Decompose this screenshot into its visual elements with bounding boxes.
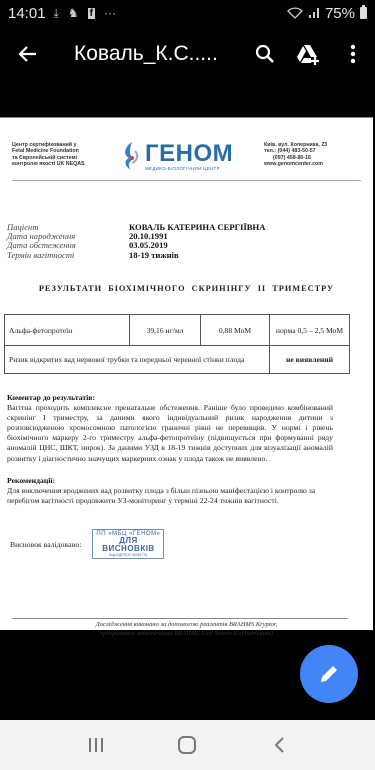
recommendations-heading: Рекомендації: bbox=[7, 476, 333, 486]
marker-name: Альфа-фетопротеїн bbox=[5, 315, 130, 345]
genom-logo: ГЕНОМ МЕДИКО-БІОЛОГІЧНИЙ ЦЕНТР bbox=[120, 141, 233, 171]
download-icon: ⤓ bbox=[54, 6, 59, 21]
system-nav-bar bbox=[0, 720, 375, 770]
marker-value: 39,16 нг/мл bbox=[130, 315, 201, 345]
home-button[interactable] bbox=[157, 725, 217, 765]
comment-text: Вагітна проходить комплексне пренатальне… bbox=[7, 403, 333, 464]
logo-name: ГЕНОМ bbox=[145, 142, 233, 166]
add-to-drive-button[interactable] bbox=[287, 26, 331, 82]
certification-text: Центр сертифікований у Fetal Medicine Fo… bbox=[12, 142, 85, 168]
footer-divider bbox=[12, 618, 348, 619]
back-icon bbox=[273, 736, 285, 754]
recommendations-section: Рекомендації: Для виключення вроджених в… bbox=[7, 476, 333, 506]
validation-stamp: ПП «МБЦ «ГЕНОМ» ДЛЯ ВИСНОВКІВ Код ЄДРПОУ… bbox=[92, 529, 164, 559]
table-row: Альфа-фетопротеїн 39,16 нг/мл 0,88 МоМ н… bbox=[5, 315, 349, 346]
edit-icon bbox=[318, 663, 340, 685]
cert-line: контролю якості UK NEQAS bbox=[12, 161, 85, 167]
footer-line: Дослідження виконано за допомогою реаген… bbox=[0, 620, 373, 629]
letterhead: Центр сертифікований у Fetal Medicine Fo… bbox=[12, 131, 361, 181]
app-bar: Коваль_К.С..... bbox=[0, 26, 375, 82]
arrow-back-icon bbox=[18, 44, 38, 64]
risk-value: не виявлений bbox=[270, 346, 349, 373]
cert-line: Fetal Medicine Foundation bbox=[12, 148, 85, 154]
wifi-icon bbox=[287, 7, 303, 19]
results-table: Альфа-фетопротеїн 39,16 нг/мл 0,88 МоМ н… bbox=[4, 314, 350, 374]
more-vert-icon bbox=[350, 44, 356, 64]
gestation-term: 18-19 тижнів bbox=[129, 251, 179, 260]
footer-note: Дослідження виконано за допомогою реаген… bbox=[0, 620, 373, 638]
clock: 14:01 bbox=[8, 5, 46, 22]
marker-mom: 0,88 МоМ bbox=[201, 315, 270, 345]
back-nav-button[interactable] bbox=[249, 725, 309, 765]
edit-fab-button[interactable] bbox=[300, 645, 358, 703]
stamp-line: ДЛЯ ВИСНОВКІВ bbox=[93, 537, 163, 553]
battery-icon bbox=[360, 7, 367, 19]
signal-icon bbox=[308, 7, 320, 19]
home-icon bbox=[177, 736, 197, 754]
status-bar: 14:01 ⤓ ♞ f ··· 75% bbox=[0, 0, 375, 26]
search-button[interactable] bbox=[243, 26, 287, 82]
more-icon: ··· bbox=[104, 6, 116, 20]
app-icon: ♞ bbox=[68, 6, 79, 20]
back-button[interactable] bbox=[0, 26, 56, 82]
results-title: РЕЗУЛЬТАТИ БІОХІМІЧНОГО СКРИНІНГУ ІІ ТРИ… bbox=[0, 284, 373, 293]
contact-line: www.genomcenter.com bbox=[264, 161, 327, 167]
validation-row: Висновок валідовано: ПП «МБЦ «ГЕНОМ» ДЛЯ… bbox=[10, 529, 164, 559]
recents-button[interactable] bbox=[66, 725, 126, 765]
battery-percent: 75% bbox=[325, 5, 355, 22]
table-row: Ризик відкритих вад нервової трубки та п… bbox=[5, 346, 349, 373]
add-to-drive-icon bbox=[297, 43, 321, 65]
marker-norm: норма 0,5 – 2,5 МоМ bbox=[270, 315, 349, 345]
stamp-line: Код ЄДРПОУ 30361731 bbox=[93, 553, 163, 557]
recents-icon bbox=[87, 737, 105, 753]
gestation-label: Термін вагітності bbox=[7, 251, 129, 260]
footer-line: програмного забезпечення BRAHMS Fast Scr… bbox=[0, 629, 373, 638]
patient-info: ПацієнтКОВАЛЬ КАТЕРИНА СЕРГІЇВНА Дата на… bbox=[7, 223, 337, 260]
contact-info: Київ, вул. Коперника, 23 тел.: (044) 483… bbox=[264, 142, 327, 168]
validated-label: Висновок валідовано: bbox=[10, 540, 81, 549]
risk-name: Ризик відкритих вад нервової трубки та п… bbox=[5, 346, 270, 373]
comment-section: Коментар до результатів: Вагітна проходи… bbox=[7, 393, 333, 464]
document-title: Коваль_К.С..... bbox=[74, 42, 243, 66]
comment-heading: Коментар до результатів: bbox=[7, 393, 333, 403]
logo-mark-icon bbox=[120, 141, 140, 171]
search-icon bbox=[255, 44, 275, 64]
document-page[interactable]: Центр сертифікований у Fetal Medicine Fo… bbox=[0, 117, 373, 630]
more-options-button[interactable] bbox=[331, 26, 375, 82]
facebook-icon: f bbox=[88, 8, 95, 19]
logo-subtitle: МЕДИКО-БІОЛОГІЧНИЙ ЦЕНТР bbox=[145, 166, 233, 171]
recommendations-text: Для виключення вроджених вад розвитку пл… bbox=[7, 486, 333, 506]
